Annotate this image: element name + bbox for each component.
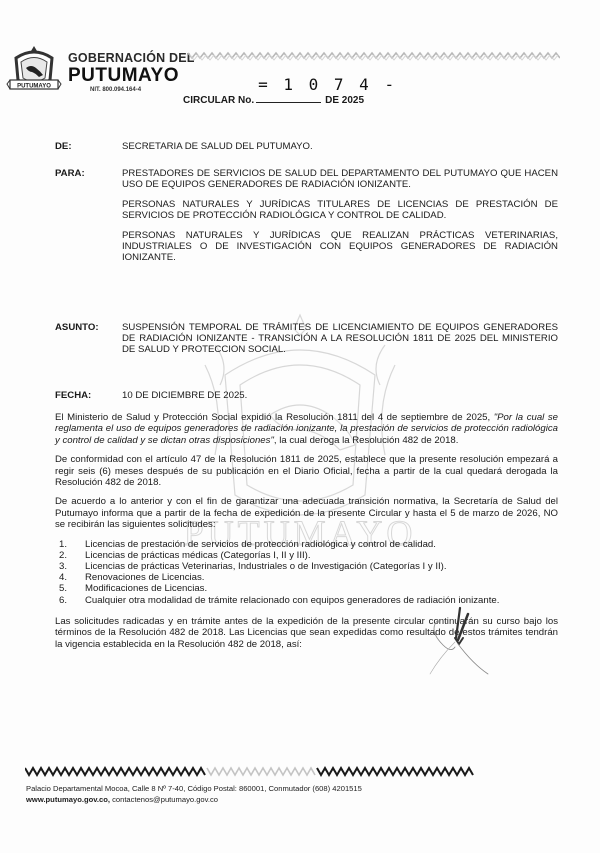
- asunto-value: SUSPENSIÓN TEMPORAL DE TRÁMITES DE LICEN…: [122, 322, 558, 364]
- para-recipient-3: PERSONAS NATURALES Y JURÍDICAS QUE REALI…: [122, 230, 558, 263]
- para-label: PARA:: [55, 168, 85, 179]
- p1-start: El Ministerio de Salud y Protección Soci…: [55, 412, 494, 423]
- para-recipient-1: PRESTADORES DE SERVICIOS DE SALUD DEL DE…: [122, 168, 558, 190]
- list-text: Cualquier otra modalidad de trámite rela…: [85, 595, 558, 606]
- list-item: 5.Modificaciones de Licencias.: [55, 583, 558, 594]
- circular-number-line: CIRCULAR No.= 1 0 7 4 -DE 2025: [183, 92, 364, 106]
- zigzag-divider-icon: [188, 50, 560, 62]
- p1-end: , la cual deroga la Resolución 482 de 20…: [274, 435, 459, 446]
- para-recipient-2: PERSONAS NATURALES Y JURÍDICAS TITULARES…: [122, 199, 558, 221]
- footer-contact: www.putumayo.gov.co, contactenos@putumay…: [26, 794, 362, 805]
- request-list: 1.Licencias de prestación de servicios d…: [55, 539, 558, 606]
- list-number: 6.: [55, 595, 85, 606]
- fecha-value: 10 DE DICIEMBRE DE 2025.: [122, 390, 558, 401]
- circular-number-field: = 1 0 7 4 -: [256, 92, 321, 103]
- asunto-label: ASUNTO:: [55, 322, 99, 333]
- paragraph-4: Las solicitudes radicadas y en trámite a…: [55, 616, 558, 650]
- list-item: 3.Licencias de prácticas Veterinarias, I…: [55, 561, 558, 572]
- list-text: Licencias de prácticas Veterinarias, Ind…: [85, 561, 558, 572]
- circular-year: DE 2025: [325, 95, 364, 106]
- paragraph-2: De conformidad con el artículo 47 de la …: [55, 454, 558, 488]
- org-line2: PUTUMAYO: [68, 66, 195, 85]
- list-text: Modificaciones de Licencias.: [85, 583, 558, 594]
- document-body: El Ministerio de Salud y Protección Soci…: [55, 412, 558, 658]
- footer-zigzag-divider-icon: [25, 766, 475, 778]
- list-text: Renovaciones de Licencias.: [85, 572, 558, 583]
- list-item: 2.Licencias de prácticas médicas (Catego…: [55, 550, 558, 561]
- paragraph-3: De acuerdo a lo anterior y con el fin de…: [55, 496, 558, 530]
- de-label: DE:: [55, 141, 72, 152]
- circular-number-stamp: = 1 0 7 4 -: [258, 75, 397, 94]
- de-value: SECRETARIA DE SALUD DEL PUTUMAYO.: [122, 141, 558, 152]
- circular-label: CIRCULAR No.: [183, 95, 254, 106]
- list-number: 4.: [55, 572, 85, 583]
- fecha-label: FECHA:: [55, 390, 91, 401]
- list-number: 5.: [55, 583, 85, 594]
- footer-address: Palacio Departamental Mocoa, Calle 8 Nº …: [26, 783, 362, 794]
- list-text: Licencias de prestación de servicios de …: [85, 539, 558, 550]
- coat-of-arms-logo-icon: PUTUMAYO: [6, 44, 62, 96]
- list-item: 4.Renovaciones de Licencias.: [55, 572, 558, 583]
- list-number: 1.: [55, 539, 85, 550]
- organization-name: GOBERNACIÓN DEL PUTUMAYO NIT. 800.094.16…: [68, 52, 195, 93]
- org-line1: GOBERNACIÓN DEL: [68, 52, 195, 65]
- list-item: 1.Licencias de prestación de servicios d…: [55, 539, 558, 550]
- list-number: 3.: [55, 561, 85, 572]
- footer: Palacio Departamental Mocoa, Calle 8 Nº …: [26, 783, 362, 805]
- asunto-text: SUSPENSIÓN TEMPORAL DE TRÁMITES DE LICEN…: [122, 322, 558, 355]
- footer-website-link[interactable]: www.putumayo.gov.co,: [26, 795, 110, 804]
- footer-email-link[interactable]: contactenos@putumayo.gov.co: [110, 795, 218, 804]
- list-number: 2.: [55, 550, 85, 561]
- paragraph-1: El Ministerio de Salud y Protección Soci…: [55, 412, 558, 446]
- para-values: PRESTADORES DE SERVICIOS DE SALUD DEL DE…: [122, 168, 558, 272]
- document-page: PUTUMAYO GOBERNACIÓN DEL PUTUMAYO NIT. 8…: [0, 0, 600, 853]
- org-nit: NIT. 800.094.164-4: [90, 87, 195, 93]
- svg-text:PUTUMAYO: PUTUMAYO: [17, 84, 51, 90]
- list-text: Licencias de prácticas médicas (Categorí…: [85, 550, 558, 561]
- list-item: 6.Cualquier otra modalidad de trámite re…: [55, 595, 558, 606]
